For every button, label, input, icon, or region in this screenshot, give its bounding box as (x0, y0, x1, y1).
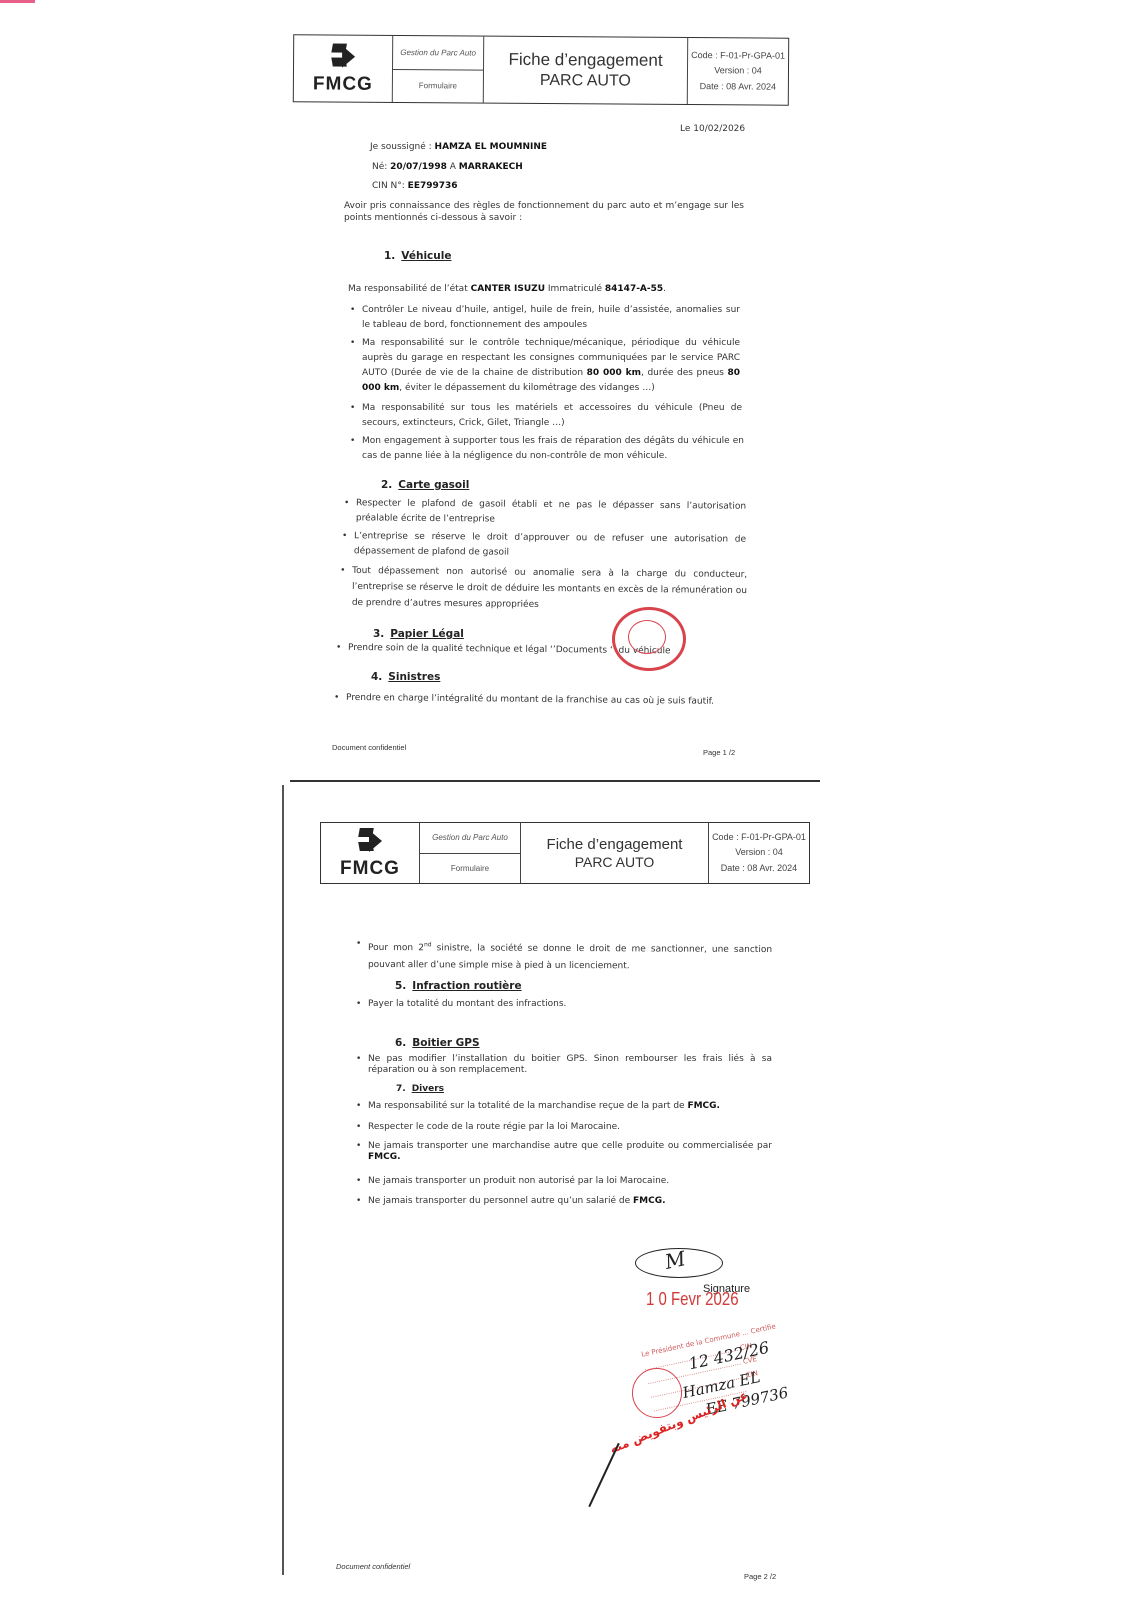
infraction-bullet: Payer la totalité du montant des infract… (368, 997, 768, 1012)
vehicle-line: Ma responsabilité de l’état CANTER ISUZU… (348, 282, 666, 297)
doc-version: Version : 04 (735, 845, 783, 860)
section-sinistres: 4.Sinistres (371, 671, 440, 683)
section-carte-gasoil: 2.Carte gasoil (381, 479, 469, 491)
page2-header-table: FMCG Gestion du Parc Auto Formulaire Fic… (320, 822, 810, 884)
doc-date: Date : 08 Avr. 2024 (700, 79, 776, 95)
divers-bullet: Ma responsabilité sur la totalité de la … (368, 1099, 778, 1114)
page1-header-table: FMCG Gestion du Parc Auto Formulaire Fic… (293, 34, 789, 105)
fmcg-arrow-icon (355, 826, 385, 856)
header-doc-type: Formulaire (420, 854, 520, 884)
gasoil-bullet: L’entreprise se réserve le droit d’appro… (354, 529, 746, 562)
company-stamp-inner (628, 620, 666, 654)
papier-bullet: Prendre soin de la qualité technique et … (348, 641, 748, 660)
doc-title: Fiche d’engagement (547, 836, 683, 854)
company-logo: FMCG (294, 35, 393, 102)
vehicle-bullet: Ma responsabilité sur le contrôle techni… (362, 336, 740, 396)
header-dept: Gestion du Parc Auto (393, 36, 483, 70)
doc-subtitle: PARC AUTO (540, 71, 631, 91)
company-name: FMCG (340, 858, 400, 880)
divers-bullet: Ne jamais transporter un produit non aut… (368, 1174, 778, 1189)
legalization-round-stamp (632, 1368, 682, 1418)
intro-paragraph: Avoir pris connaissance des règles de fo… (344, 200, 744, 224)
sinistre-continuation: Pour mon 2nd sinistre, la société se don… (368, 936, 772, 976)
doc-title: Fiche d’engagement (508, 50, 662, 71)
vehicle-bullet: Ma responsabilité sur tous les matériels… (362, 401, 742, 431)
footer-page-number: Page 2 /2 (744, 1572, 776, 1581)
scan-edge-line (282, 785, 284, 1575)
doc-date: Date : 08 Avr. 2024 (721, 861, 797, 876)
sinistres-bullet: Prendre en charge l’intégralité du monta… (346, 691, 746, 710)
footer-confidential: Document confidentiel (336, 1562, 410, 1571)
section-infraction: 5.Infraction routière (395, 980, 522, 992)
footer-confidential: Document confidentiel (332, 743, 406, 752)
page-separator (290, 780, 820, 782)
vehicle-bullet: Mon engagement à supporter tous les frai… (362, 434, 744, 464)
doc-code: Code : F-01-Pr-GPA-01 (712, 830, 806, 845)
header-doc-type: Formulaire (393, 69, 483, 102)
section-divers: 7.Divers (396, 1084, 444, 1094)
section-boitier-gps: 6.Boitier GPS (395, 1037, 480, 1049)
document-date: Le 10/02/2026 (680, 122, 745, 137)
section-papier-legal: 3.Papier Légal (373, 628, 464, 640)
fmcg-arrow-icon (328, 42, 358, 72)
vehicle-bullet: Contrôler Le niveau d’huile, antigel, hu… (362, 303, 740, 333)
divers-bullet: Ne jamais transporter du personnel autre… (368, 1194, 778, 1209)
gasoil-bullet: Tout dépassement non autorisé ou anomali… (352, 563, 747, 615)
birth-line: Né: 20/07/1998 A MARRAKECH (372, 160, 523, 175)
company-logo: FMCG (321, 823, 420, 883)
header-dept: Gestion du Parc Auto (420, 823, 520, 854)
gasoil-bullet: Respecter le plafond de gasoil établi et… (356, 496, 746, 529)
section-vehicule: 1.Véhicule (384, 250, 451, 262)
date-stamp: 1 0 Fevr 2026 (646, 1291, 739, 1309)
scan-edge-mark (0, 0, 35, 3)
plate-number: 84147-A-55 (605, 284, 663, 294)
cin-line: CIN N°: EE799736 (372, 179, 458, 194)
company-name: FMCG (313, 73, 373, 95)
signatory-line: Je soussigné : HAMZA EL MOUMNINE (370, 140, 547, 155)
doc-code: Code : F-01-Pr-GPA-01 (691, 48, 785, 64)
divers-bullet: Ne jamais transporter une marchandise au… (368, 1141, 772, 1163)
signatory-name: HAMZA EL MOUMNINE (435, 142, 548, 152)
doc-version: Version : 04 (714, 64, 762, 80)
footer-page-number: Page 1 /2 (703, 748, 735, 757)
doc-subtitle: PARC AUTO (575, 854, 655, 871)
divers-bullet: Respecter le code de la route régie par … (368, 1120, 778, 1135)
official-signature-stroke (588, 1443, 619, 1507)
gps-bullet: Ne pas modifier l’installation du boitie… (368, 1054, 772, 1076)
